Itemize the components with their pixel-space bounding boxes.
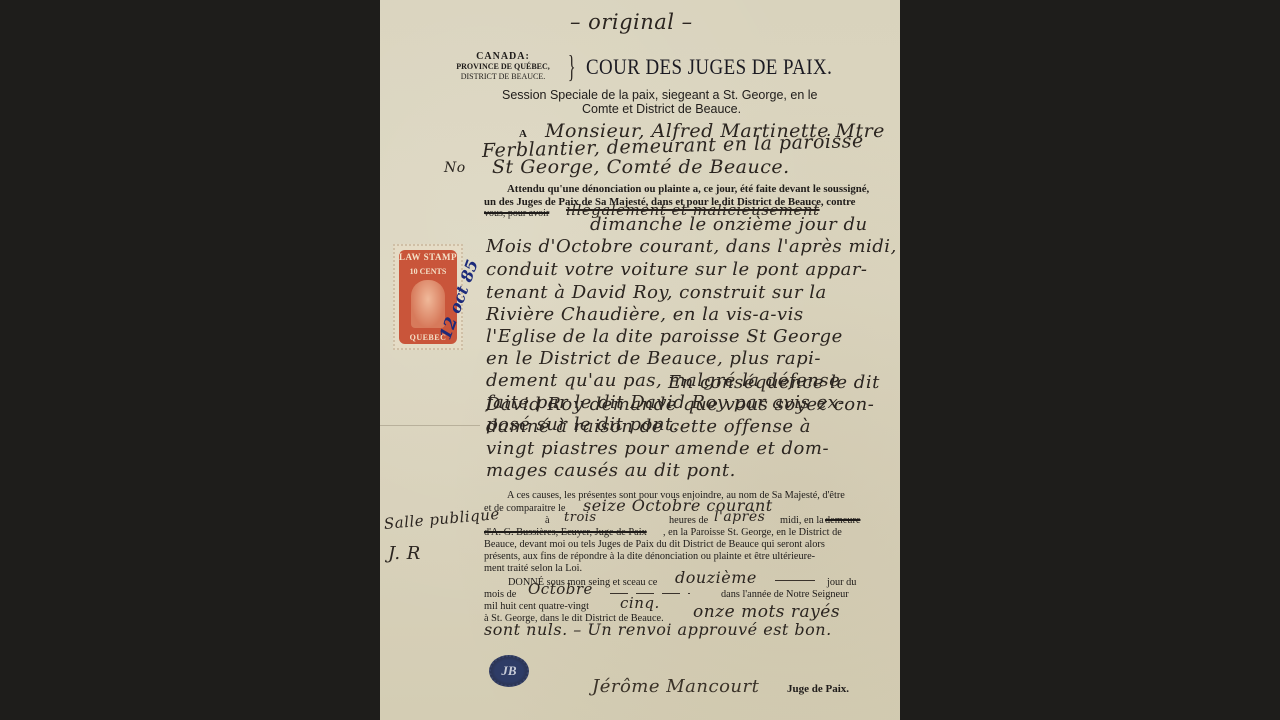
- donne-line-2-end: dans l'année de Notre Seigneur: [721, 589, 849, 600]
- brace-glyph: {: [568, 48, 576, 85]
- original-annotation: – original –: [570, 10, 693, 34]
- donne-line-1-end: jour du: [827, 577, 856, 588]
- law-stamp-title: LAW STAMP: [399, 252, 457, 262]
- judge-signature: Jérôme Mancourt: [592, 676, 759, 697]
- law-stamp-portrait-icon: 12 oct 85: [411, 280, 445, 328]
- complaint-line-1: dimanche le onzième jour du: [590, 214, 868, 235]
- summons-hour-handwritten: trois: [564, 510, 597, 525]
- summons-line-4: , en la Paroisse St. George, en le Distr…: [663, 527, 842, 538]
- court-title: COUR DES JUGES DE PAIX.: [586, 54, 832, 80]
- embossed-seal-icon: JB: [489, 655, 529, 687]
- addressee-line-3: St George, Comté de Beauce.: [492, 156, 790, 178]
- complaint-line-15: mages causés au dit pont.: [486, 460, 736, 481]
- attendu-line-1: Attendu qu'une dénonciation ou plainte a…: [507, 183, 869, 195]
- donne-line-3-printed: mil huit cent quatre-vingt: [484, 601, 589, 612]
- jurisdiction-district: DISTRICT DE BEAUCE.: [438, 72, 568, 82]
- donne-line-2-printed: mois de: [484, 589, 516, 600]
- summons-line-3-end: midi, en la: [780, 515, 824, 526]
- law-stamp-face: LAW STAMP 10 CENTS 12 oct 85 QUEBEC: [399, 250, 457, 344]
- seal-monogram: JB: [501, 663, 516, 679]
- attendu-line-3-printed: vous, pour avoir: [484, 208, 549, 219]
- donne-note-line-1: onze mots rayés: [693, 602, 840, 622]
- donne-day-dash: [775, 580, 815, 581]
- summons-line-6: présents, aux fins de répondre à la dite…: [484, 551, 815, 562]
- summons-struck-demeure: demeure: [825, 515, 860, 526]
- complaint-line-11: En conséquence le dit: [668, 372, 880, 393]
- summons-line-5: Beauce, devant moi ou tels Juges de Paix…: [484, 539, 825, 550]
- margin-note-initials: J. R: [388, 543, 421, 564]
- complaint-line-2: Mois d'Octobre courant, dans l'après mid…: [486, 236, 897, 257]
- complaint-line-5: Rivière Chaudière, en la vis-a-vis: [486, 304, 804, 325]
- summons-line-3-printed: heures de: [669, 515, 708, 526]
- fold-line: [380, 425, 480, 426]
- complaint-line-12: David Roy demande que vous soyez con-: [486, 394, 874, 415]
- donne-month-handwritten: Octobre: [528, 580, 593, 598]
- summons-struck-justice: d'A. G. Bussières, Ecuyer, Juge de Paix: [484, 527, 647, 538]
- jurisdiction-country: CANADA:: [438, 52, 568, 62]
- summons-line-7: ment traité selon la Loi.: [484, 563, 582, 574]
- complaint-line-4: tenant à David Roy, construit sur la: [486, 282, 827, 303]
- complaint-line-14: vingt piastres pour amende et dom-: [486, 438, 829, 459]
- session-line-1: Session Speciale de la paix, siegeant a …: [502, 88, 817, 102]
- complaint-line-3: conduit votre voiture sur le pont appar-: [486, 259, 868, 280]
- complaint-line-7: en le District de Beauce, plus rapi-: [486, 348, 821, 369]
- complaint-line-13: damné à raison de cette offense à: [486, 416, 811, 437]
- jurisdiction-block: CANADA: PROVINCE DE QUÉBEC, DISTRICT DE …: [438, 52, 568, 82]
- judge-title: Juge de Paix.: [787, 683, 849, 695]
- complaint-line-6: l'Eglise de la dite paroisse St George: [486, 326, 843, 347]
- law-stamp: LAW STAMP 10 CENTS 12 oct 85 QUEBEC: [393, 244, 463, 350]
- summons-time-handwritten: l'après: [714, 509, 765, 525]
- donne-note-line-2: sont nuls. – Un renvoi approuvé est bon.: [484, 620, 832, 639]
- session-line-2: Comte et District de Beauce.: [582, 102, 741, 116]
- donne-year-handwritten: cinq.: [620, 594, 660, 612]
- law-stamp-value: 10 CENTS: [410, 267, 447, 276]
- jurisdiction-province: PROVINCE DE QUÉBEC,: [438, 62, 568, 72]
- summons-line-3-prefix: à: [545, 515, 550, 526]
- addressee-no-label: No: [444, 160, 466, 176]
- donne-day-handwritten: douzième: [675, 568, 757, 587]
